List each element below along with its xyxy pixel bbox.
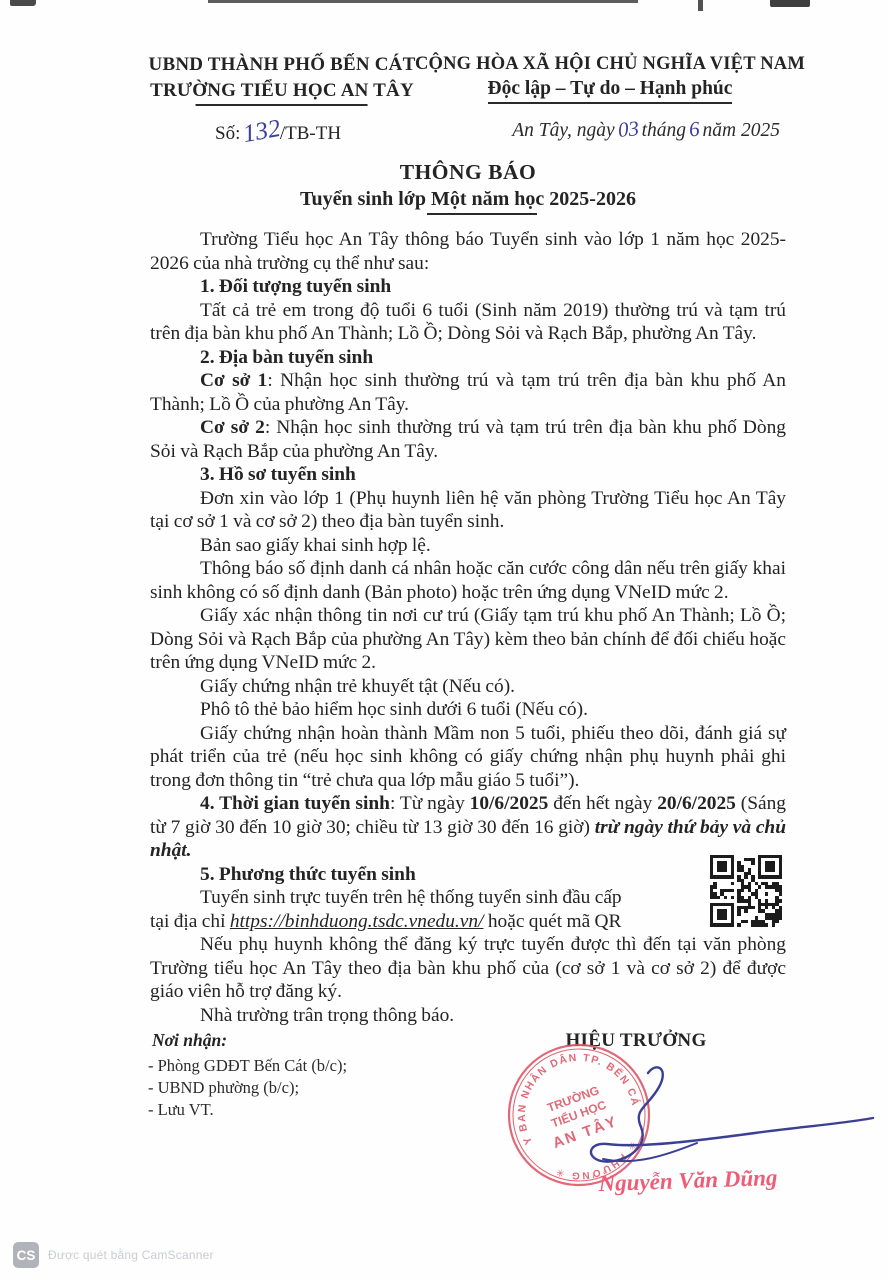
org-name: TRƯỜNG TIỂU HỌC AN TÂY [149, 80, 416, 102]
doc-number-handwritten: 132 [241, 116, 282, 147]
dateline-day-handwritten: 03 [617, 118, 640, 141]
dateline-suffix: năm 2025 [703, 120, 780, 141]
recipient-item: - UBND phường (b/c); [148, 1077, 347, 1099]
recipients-label: Nơi nhận: [152, 1030, 227, 1051]
org-name-underline [196, 104, 368, 106]
section5-line1: Tuyển sinh trực tuyến trên hệ thống tuyể… [200, 887, 622, 908]
section5-block: 5. Phương thức tuyển sinh Tuyển sinh trự… [150, 863, 786, 934]
campus1-paragraph: Cơ sở 1: Nhận học sinh thường trú và tạm… [150, 369, 786, 416]
recipient-item: - Lưu VT. [148, 1099, 347, 1121]
section3-item: Giấy xác nhận thông tin nơi cư trú (Giấy… [150, 604, 786, 675]
motto-line1: CỘNG HÒA XÃ HỘI CHỦ NGHĨA VIỆT NAM [415, 54, 805, 75]
section5-heading: 5. Phương thức tuyển sinh [150, 863, 786, 887]
subtitle-underline [427, 213, 537, 215]
recipient-item: - Phòng GDĐT Bến Cát (b/c); [148, 1055, 347, 1077]
national-motto-block: CỘNG HÒA XÃ HỘI CHỦ NGHĨA VIỆT NAM Độc l… [415, 54, 805, 104]
qr-code [710, 855, 782, 927]
section4-text2: đến hết ngày [548, 793, 657, 814]
document-title: THÔNG BÁO [150, 160, 786, 185]
enrollment-url: https://binhduong.tsdc.vnedu.vn/ [230, 911, 484, 932]
dateline: An Tây, ngày03tháng6năm 2025 [512, 119, 780, 142]
camscanner-text: Được quét bằng CamScanner [48, 1248, 214, 1262]
section3-item: Bản sao giấy khai sinh hợp lệ. [150, 534, 786, 558]
org-parent: UBND THÀNH PHỐ BẾN CÁT [149, 54, 416, 76]
issuing-org-block: UBND THÀNH PHỐ BẾN CÁT TRƯỜNG TIỂU HỌC A… [149, 54, 416, 106]
official-stamp: ỦY BAN NHÂN DÂN TP. BẾN CÁT ✳ PHƯỜNG ✳ T… [504, 1040, 654, 1190]
dateline-prefix: An Tây, ngày [512, 120, 614, 141]
section4-heading: 4. Thời gian tuyển sinh [200, 793, 390, 814]
signer-name: Nguyễn Văn Dũng [598, 1165, 779, 1197]
section4-text1: : Từ ngày [390, 793, 470, 814]
section1-heading: 1. Đối tượng tuyển sinh [150, 275, 786, 299]
doc-number-label: Số: [215, 123, 240, 144]
closing-paragraph: Nhà trường trân trọng thông báo. [150, 1004, 786, 1028]
section5-paragraph: Tuyển sinh trực tuyến trên hệ thống tuyể… [150, 886, 710, 933]
document-body: THÔNG BÁO Tuyển sinh lớp Một năm học 202… [150, 160, 786, 1027]
section2-heading: 2. Địa bàn tuyển sinh [150, 346, 786, 370]
section3-heading: 3. Hồ sơ tuyển sinh [150, 463, 786, 487]
section5-line2-suffix: hoặc quét mã QR [483, 911, 621, 932]
qr-module [779, 923, 782, 926]
campus1-label: Cơ sở 1 [200, 370, 267, 391]
enrollment-start-date: 10/6/2025 [470, 793, 549, 814]
dateline-month-label: tháng [642, 120, 686, 141]
campus2-label: Cơ sở 2 [200, 417, 265, 438]
intro-paragraph: Trường Tiểu học An Tây thông báo Tuyển s… [150, 228, 786, 275]
document-header: UBND THÀNH PHỐ BẾN CÁT TRƯỜNG TIỂU HỌC A… [0, 0, 888, 160]
camscanner-watermark: CS Được quét bằng CamScanner [13, 1242, 214, 1268]
section3-item: Thông báo số định danh cá nhân hoặc căn … [150, 557, 786, 604]
camscanner-icon: CS [13, 1242, 39, 1268]
doc-number-suffix: /TB-TH [280, 123, 341, 144]
document-subtitle: Tuyển sinh lớp Một năm học 2025-2026 [150, 188, 786, 211]
campus2-paragraph: Cơ sở 2: Nhận học sinh thường trú và tạm… [150, 416, 786, 463]
section3-item: Phô tô thẻ bảo hiểm học sinh dưới 6 tuổi… [150, 698, 786, 722]
section3-item: Giấy chứng nhận hoàn thành Mầm non 5 tuổ… [150, 722, 786, 793]
document-number: Số:132/TB-TH [215, 119, 341, 145]
dateline-month-handwritten: 6 [688, 119, 701, 141]
recipients-list: - Phòng GDĐT Bến Cát (b/c); - UBND phườn… [148, 1055, 347, 1121]
scanned-document-page: UBND THÀNH PHỐ BẾN CÁT TRƯỜNG TIỂU HỌC A… [0, 0, 888, 1280]
section5-fallback: Nếu phụ huynh không thể đăng ký trực tuy… [150, 933, 786, 1004]
section5-line2-prefix: tại địa chỉ [150, 911, 230, 932]
section4-paragraph: 4. Thời gian tuyển sinh: Từ ngày 10/6/20… [150, 792, 786, 863]
enrollment-end-date: 20/6/2025 [657, 793, 736, 814]
section3-item: Giấy chứng nhận trẻ khuyết tật (Nếu có). [150, 675, 786, 699]
motto-line2: Độc lập – Tự do – Hạnh phúc [488, 78, 733, 104]
section1-text: Tất cả trẻ em trong độ tuổi 6 tuổi (Sinh… [150, 299, 786, 346]
section3-item: Đơn xin vào lớp 1 (Phụ huynh liên hệ văn… [150, 487, 786, 534]
